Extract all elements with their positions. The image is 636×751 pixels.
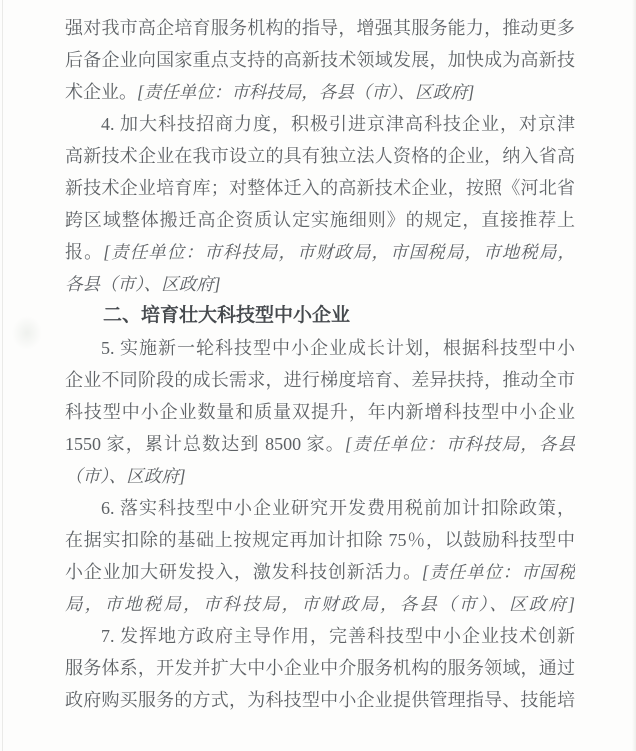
- text-line: 1550 家，累计总数达到 8500 家。[责任单位：市科技局，各县: [65, 428, 575, 460]
- text-line: 强对我市高企培育服务机构的指导，增强其服务能力，推动更多: [65, 12, 575, 44]
- scan-edge-right: [632, 0, 636, 751]
- body-text: 在据实扣除的基础上按规定再加计扣除 75％，以鼓励科技型中: [65, 530, 575, 550]
- text-line: 局，市地税局，市科技局，市财政局，各县（市）、区政府]: [65, 588, 575, 620]
- body-text: 6. 落实科技型中小企业研究开发费用税前加计扣除政策，: [101, 498, 575, 518]
- body-text: 服务体系，开发并扩大中小企业中介服务机构的服务领域，通过: [65, 658, 575, 678]
- document-page: 强对我市高企培育服务机构的指导，增强其服务能力，推动更多后备企业向国家重点支持的…: [0, 0, 636, 751]
- body-text: 后备企业向国家重点支持的高新技术领域发展，加快成为高新技: [65, 50, 575, 70]
- text-line: 6. 落实科技型中小企业研究开发费用税前加计扣除政策，: [65, 492, 575, 524]
- text-line: 小企业加大研发投入，激发科技创新活力。[责任单位：市国税: [65, 556, 575, 588]
- body-text: 1550 家，累计总数达到 8500 家。: [65, 434, 345, 454]
- text-line: 报。[责任单位：市科技局，市财政局，市国税局，市地税局，: [65, 236, 575, 268]
- section-heading: 二、培育壮大科技型中小企业: [65, 300, 575, 332]
- scan-smudge: [12, 316, 42, 350]
- text-line: 跨区域整体搬迁高企资质认定实施细则》的规定，直接推荐上: [65, 204, 575, 236]
- text-line: 术企业。[责任单位：市科技局，各县（市）、区政府]: [65, 76, 575, 108]
- body-text: 小企业加大研发投入，激发科技创新活力。: [65, 562, 422, 582]
- body-text: 科技型中小企业数量和质量双提升，年内新增科技型中小企业: [65, 402, 575, 422]
- body-text: 报。: [65, 242, 103, 262]
- responsibility-unit-text: 局，市地税局，市科技局，市财政局，各县（市）、区政府]: [65, 594, 575, 614]
- body-text: 5. 实施新一轮科技型中小企业成长计划，根据科技型中小: [101, 338, 575, 358]
- body-text: 4. 加大科技招商力度，积极引进京津高科技企业，对京津: [101, 114, 575, 134]
- section-heading-text: 二、培育壮大科技型中小企业: [103, 305, 350, 326]
- body-text: 术企业。: [65, 82, 137, 102]
- text-line: 后备企业向国家重点支持的高新技术领域发展，加快成为高新技: [65, 44, 575, 76]
- body-text: 强对我市高企培育服务机构的指导，增强其服务能力，推动更多: [65, 18, 575, 38]
- text-line: 新技术企业培育库；对整体迁入的高新技术企业，按照《河北省: [65, 172, 575, 204]
- responsibility-unit-text: 各县（市）、区政府]: [65, 274, 221, 294]
- responsibility-unit-text: [责任单位：市科技局，市财政局，市国税局，市地税局，: [103, 242, 575, 262]
- body-text: 跨区域整体搬迁高企资质认定实施细则》的规定，直接推荐上: [65, 210, 575, 230]
- body-text: 高新技术企业在我市设立的具有独立法人资格的企业，纳入省高: [65, 146, 575, 166]
- responsibility-unit-text: [责任单位：市科技局，各县（市）、区政府]: [137, 82, 474, 102]
- body-text: 企业不同阶段的成长需求，进行梯度培育、差异扶持，推动全市: [65, 370, 575, 390]
- text-line: 企业不同阶段的成长需求，进行梯度培育、差异扶持，推动全市: [65, 364, 575, 396]
- responsibility-unit-text: [责任单位：市科技局，各县: [345, 434, 575, 454]
- text-line: （市）、区政府]: [65, 460, 575, 492]
- body-text: 7. 发挥地方政府主导作用，完善科技型中小企业技术创新: [101, 626, 575, 646]
- text-line: 高新技术企业在我市设立的具有独立法人资格的企业，纳入省高: [65, 140, 575, 172]
- text-line: 在据实扣除的基础上按规定再加计扣除 75％，以鼓励科技型中: [65, 524, 575, 556]
- text-line: 科技型中小企业数量和质量双提升，年内新增科技型中小企业: [65, 396, 575, 428]
- body-text: 政府购买服务的方式，为科技型中小企业提供管理指导、技能培: [65, 690, 575, 710]
- scan-edge-left: [2, 0, 3, 751]
- responsibility-unit-text: （市）、区政府]: [65, 466, 186, 486]
- text-line: 服务体系，开发并扩大中小企业中介服务机构的服务领域，通过: [65, 652, 575, 684]
- document-body: 强对我市高企培育服务机构的指导，增强其服务能力，推动更多后备企业向国家重点支持的…: [65, 12, 575, 716]
- text-line: 各县（市）、区政府]: [65, 268, 575, 300]
- text-line: 政府购买服务的方式，为科技型中小企业提供管理指导、技能培: [65, 684, 575, 716]
- body-text: 新技术企业培育库；对整体迁入的高新技术企业，按照《河北省: [65, 178, 575, 198]
- text-line: 7. 发挥地方政府主导作用，完善科技型中小企业技术创新: [65, 620, 575, 652]
- responsibility-unit-text: [责任单位：市国税: [422, 562, 575, 582]
- text-line: 4. 加大科技招商力度，积极引进京津高科技企业，对京津: [65, 108, 575, 140]
- text-line: 5. 实施新一轮科技型中小企业成长计划，根据科技型中小: [65, 332, 575, 364]
